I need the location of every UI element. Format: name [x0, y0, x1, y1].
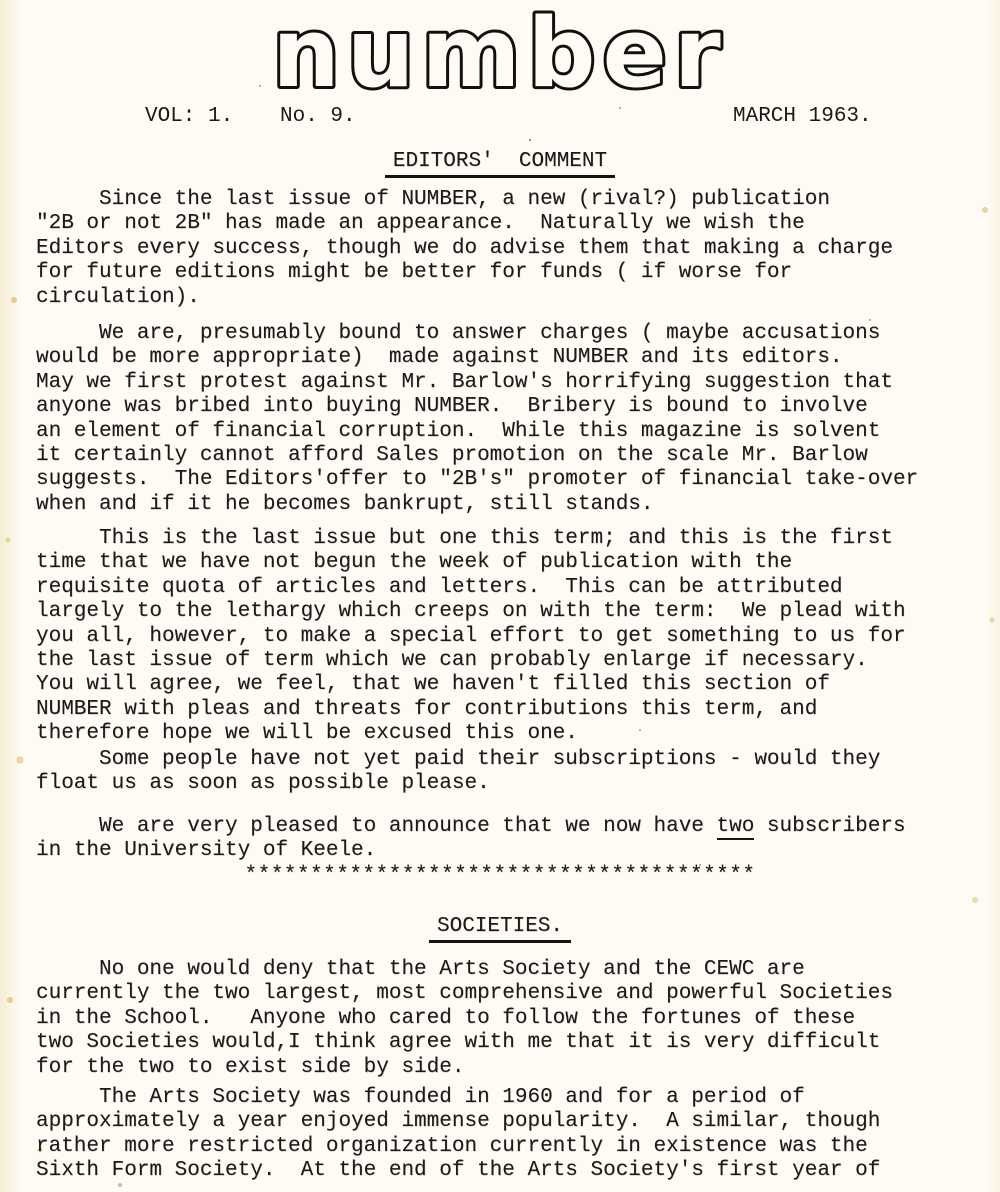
editors-comment-heading-row: EDITORS' COMMENT [0, 150, 1000, 178]
masthead-title: number [272, 4, 728, 108]
editors-comment-heading: EDITORS' COMMENT [385, 150, 615, 178]
volume-label: VOL: 1. [145, 105, 233, 128]
scanned-newsletter-page: number VOL: 1. No. 9. MARCH 1963. EDITOR… [0, 0, 1000, 1192]
editors-paragraph-1: Since the last issue of NUMBER, a new (r… [36, 188, 893, 310]
date-label: MARCH 1963. [733, 105, 872, 128]
editors-paragraph-2: We are, presumably bound to answer charg… [36, 322, 918, 517]
societies-paragraph-1: No one would deny that the Arts Society … [36, 958, 893, 1080]
keele-text-after: subscribers [754, 815, 905, 838]
editors-paragraph-4: Some people have not yet paid their subs… [36, 748, 880, 797]
societies-paragraph-2: The Arts Society was founded in 1960 and… [36, 1086, 880, 1184]
masthead: number [0, 4, 1000, 113]
editors-paragraph-keele: We are very pleased to announce that we … [36, 815, 906, 864]
issue-number-label: No. 9. [280, 105, 356, 128]
societies-heading-row: SOCIETIES. [0, 915, 1000, 943]
keele-underlined-word: two [717, 815, 755, 840]
societies-heading: SOCIETIES. [429, 915, 571, 943]
keele-text-before: We are very pleased to announce that we … [36, 815, 717, 838]
asterisk-separator: *************************************** [0, 864, 1000, 887]
masthead-logo: number [250, 4, 750, 108]
keele-text-line2: in the University of Keele. [36, 839, 376, 862]
editors-paragraph-3: This is the last issue but one this term… [36, 527, 906, 747]
